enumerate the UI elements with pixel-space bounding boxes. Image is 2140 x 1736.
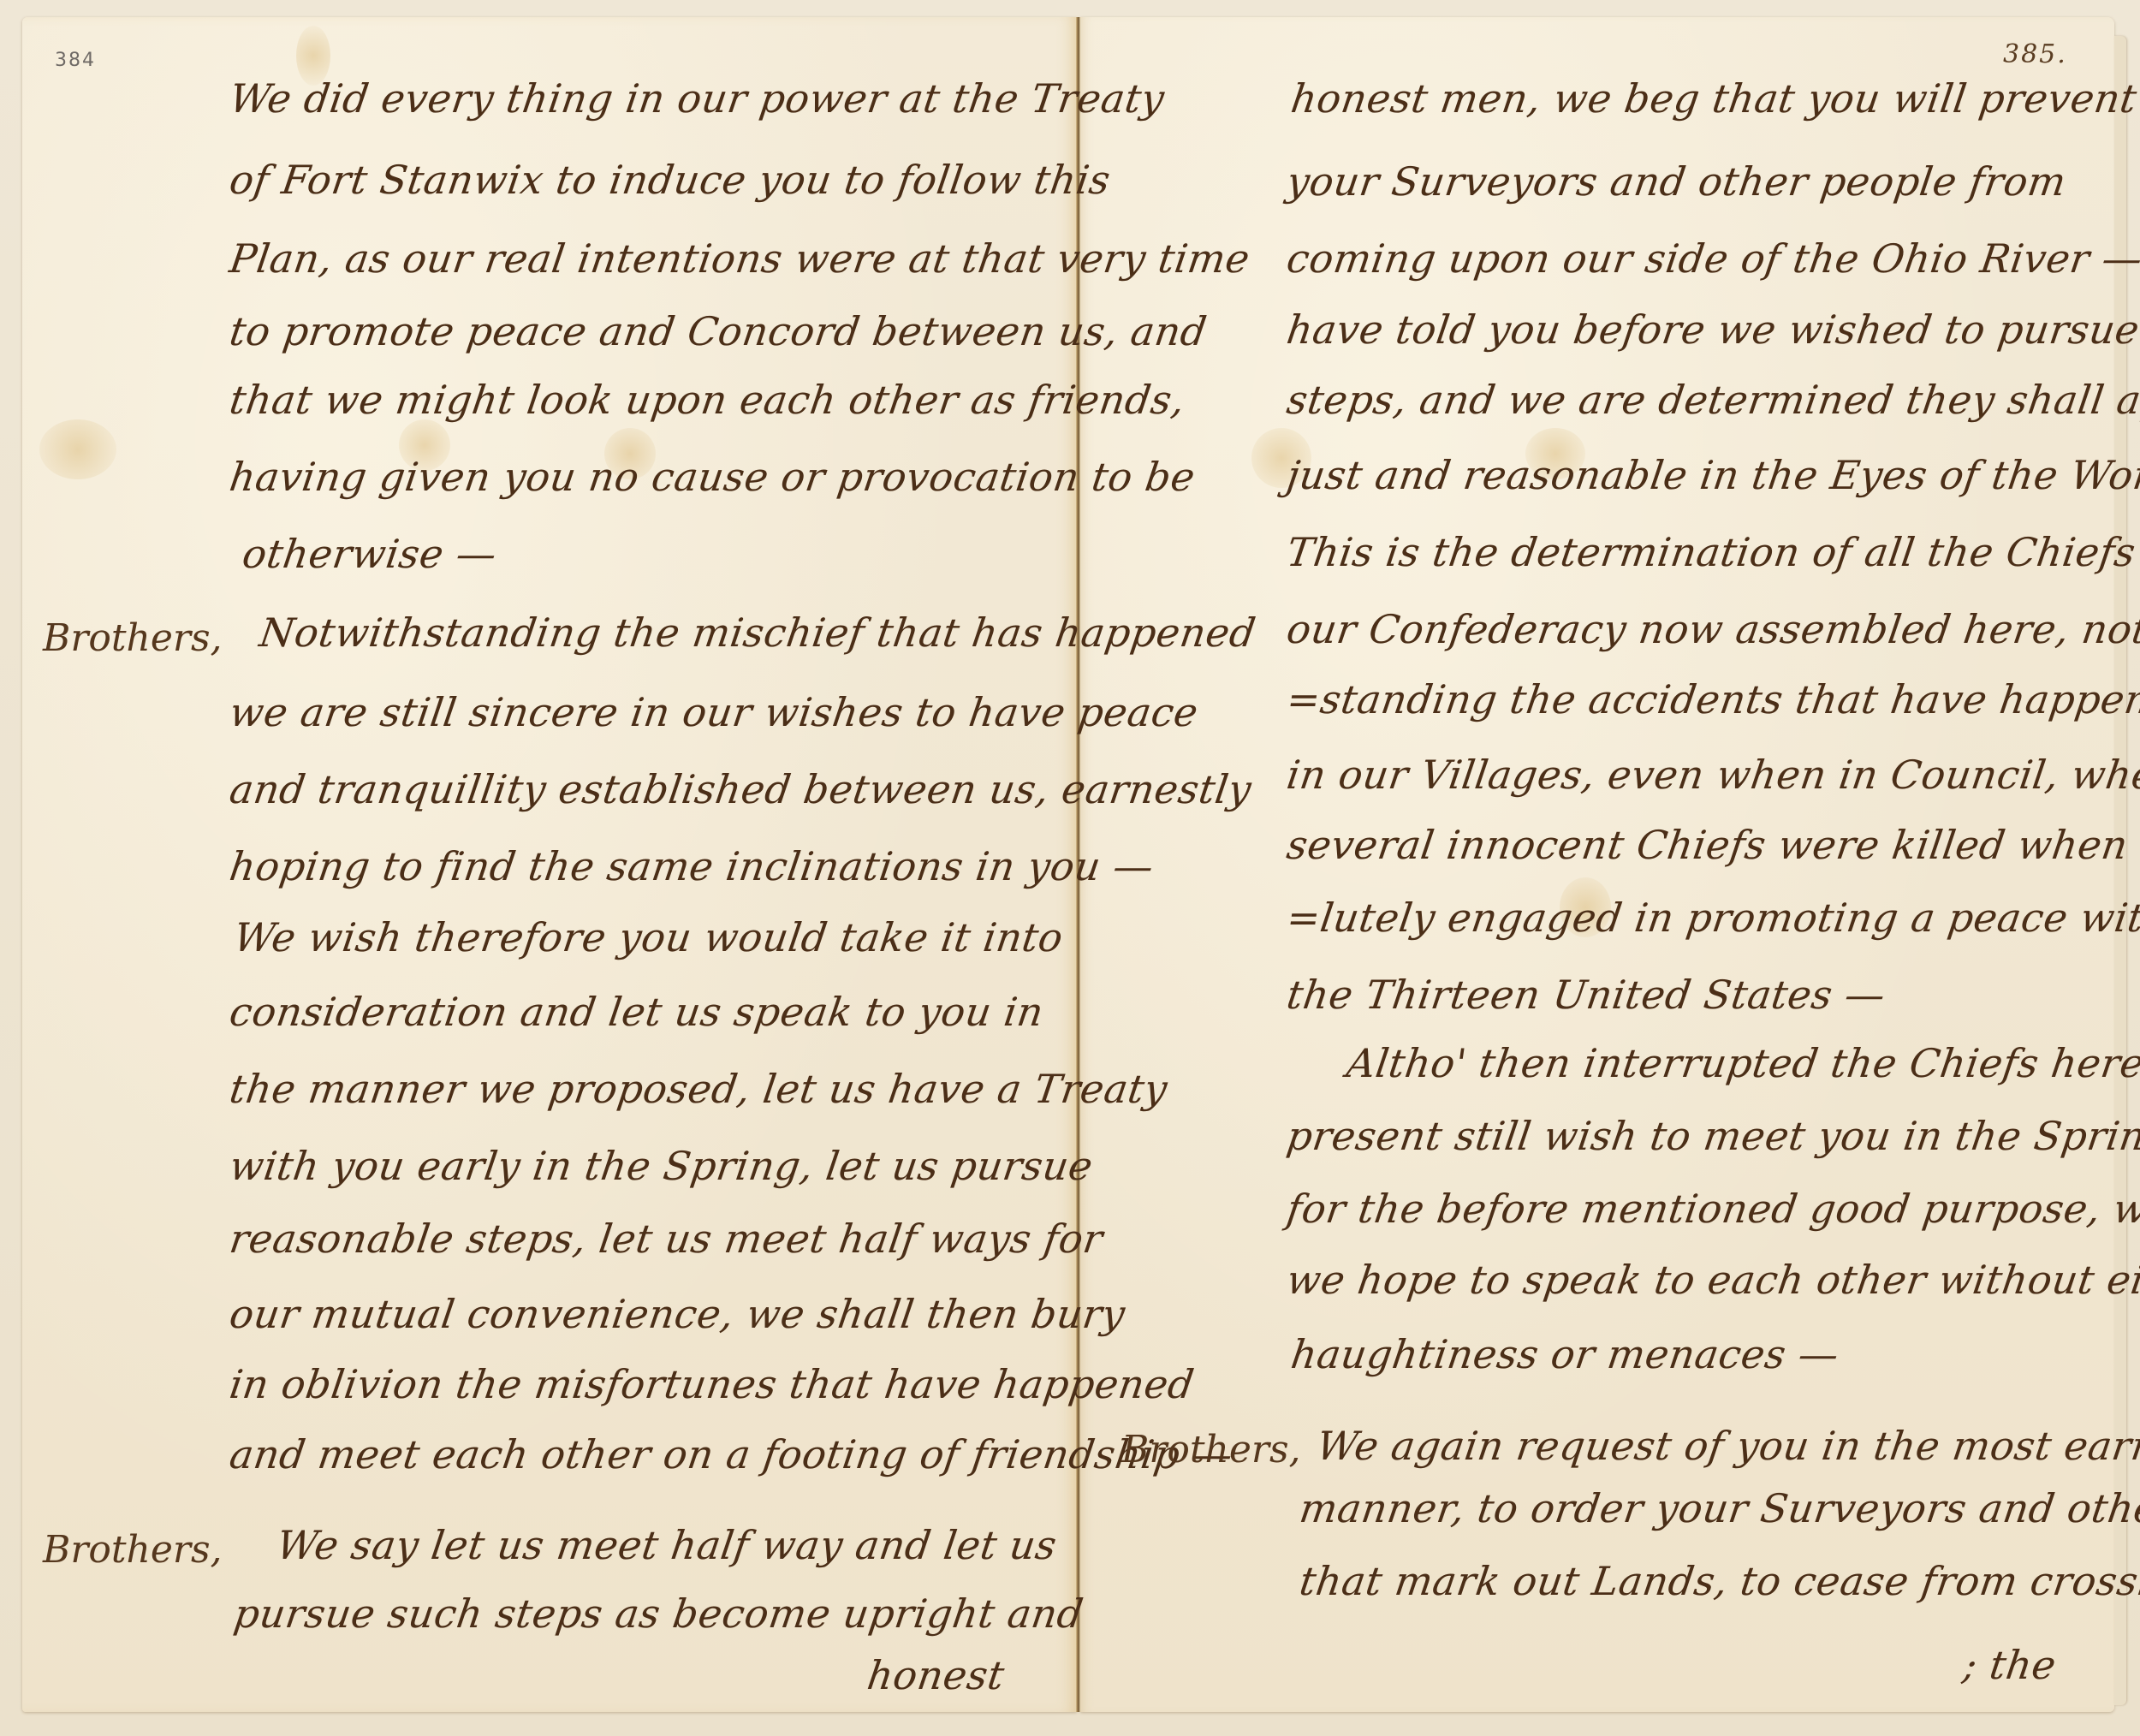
manuscript-line: we hope to speak to each other without e…	[1284, 1257, 2140, 1303]
manuscript-line: just and reasonable in the Eyes of the W…	[1284, 452, 2140, 498]
manuscript-line: in our Villages, even when in Council, w…	[1284, 752, 2140, 798]
manuscript-line: having given you no cause or provocation…	[227, 454, 1198, 500]
manuscript-line: otherwise —	[240, 531, 500, 577]
manuscript-line: =standing the accidents that have happen…	[1284, 676, 2140, 722]
manuscript-line: present still wish to meet you in the Sp…	[1284, 1113, 2140, 1159]
manuscript-line: and meet each other on a footing of frie…	[227, 1431, 1236, 1477]
manuscript-line: several innocent Chiefs were killed when…	[1284, 822, 2140, 868]
manuscript-line: Altho' then interrupted the Chiefs here	[1344, 1040, 2140, 1086]
manuscript-line: that mark out Lands, to cease from cross…	[1297, 1558, 2140, 1604]
right-page-number: 385.	[2003, 39, 2067, 69]
manuscript-line: ; the	[1960, 1642, 2060, 1688]
manuscript-line: and tranquillity established between us,…	[227, 766, 1254, 812]
manuscript-line: =lutely engaged in promoting a peace wit…	[1284, 895, 2140, 941]
manuscript-line: coming upon our side of the Ohio River —…	[1284, 235, 2140, 282]
manuscript-line: to promote peace and Concord between us,…	[227, 308, 1210, 354]
manuscript-line: haughtiness or menaces —	[1288, 1331, 1842, 1377]
margin-label-brothers: Brothers,	[1121, 1428, 1301, 1471]
left-page-number: 384	[55, 50, 96, 71]
manuscript-line: hoping to find the same inclinations in …	[227, 843, 1156, 889]
manuscript-line: honest	[865, 1652, 1008, 1698]
manuscript-line: pursue such steps as become upright and	[231, 1590, 1086, 1637]
manuscript-line: Plan, as our real intentions were at tha…	[227, 235, 1252, 282]
manuscript-line: in oblivion the misfortunes that have ha…	[227, 1361, 1198, 1407]
manuscript-line: the Thirteen United States —	[1284, 972, 1888, 1018]
manuscript-line: manner, to order your Surveyors and othe…	[1297, 1485, 2140, 1531]
margin-label-brothers: Brothers,	[43, 616, 223, 660]
water-stain	[39, 419, 116, 479]
manuscript-line: with you early in the Spring, let us pur…	[227, 1143, 1096, 1189]
manuscript-line: that we might look upon each other as fr…	[227, 377, 1188, 423]
manuscript-line: our Confederacy now assembled here, notw…	[1284, 606, 2140, 652]
manuscript-line: We did every thing in our power at the T…	[227, 75, 1168, 122]
manuscript-line: consideration and let us speak to you in	[227, 989, 1046, 1035]
manuscript-line: We wish therefore you would take it into	[231, 914, 1066, 960]
manuscript-line: for the before mentioned good purpose, w…	[1284, 1186, 2140, 1232]
manuscript-line: Notwithstanding the mischief that has ha…	[257, 609, 1258, 656]
manuscript-line: have told you before we wished to pursue…	[1284, 306, 2140, 353]
manuscript-line: our mutual convenience, we shall then bu…	[227, 1291, 1128, 1337]
manuscript-line: reasonable steps, let us meet half ways …	[227, 1216, 1106, 1262]
manuscript-line: This is the determination of all the Chi…	[1284, 529, 2140, 575]
manuscript-line: steps, and we are determined they shall …	[1284, 377, 2140, 423]
manuscript-line: honest men, we beg that you will prevent	[1288, 75, 2140, 122]
margin-label-brothers: Brothers,	[43, 1528, 223, 1572]
manuscript-line: your Surveyors and other people from	[1284, 158, 2069, 205]
manuscript-line: We again request of you in the most earn…	[1314, 1423, 2140, 1469]
manuscript-line: the manner we proposed, let us have a Tr…	[227, 1066, 1170, 1112]
manuscript-line: We say let us meet half way and let us	[274, 1522, 1060, 1568]
manuscript-line: we are still sincere in our wishes to ha…	[227, 689, 1201, 735]
manuscript-line: of Fort Stanwix to induce you to follow …	[227, 157, 1114, 203]
